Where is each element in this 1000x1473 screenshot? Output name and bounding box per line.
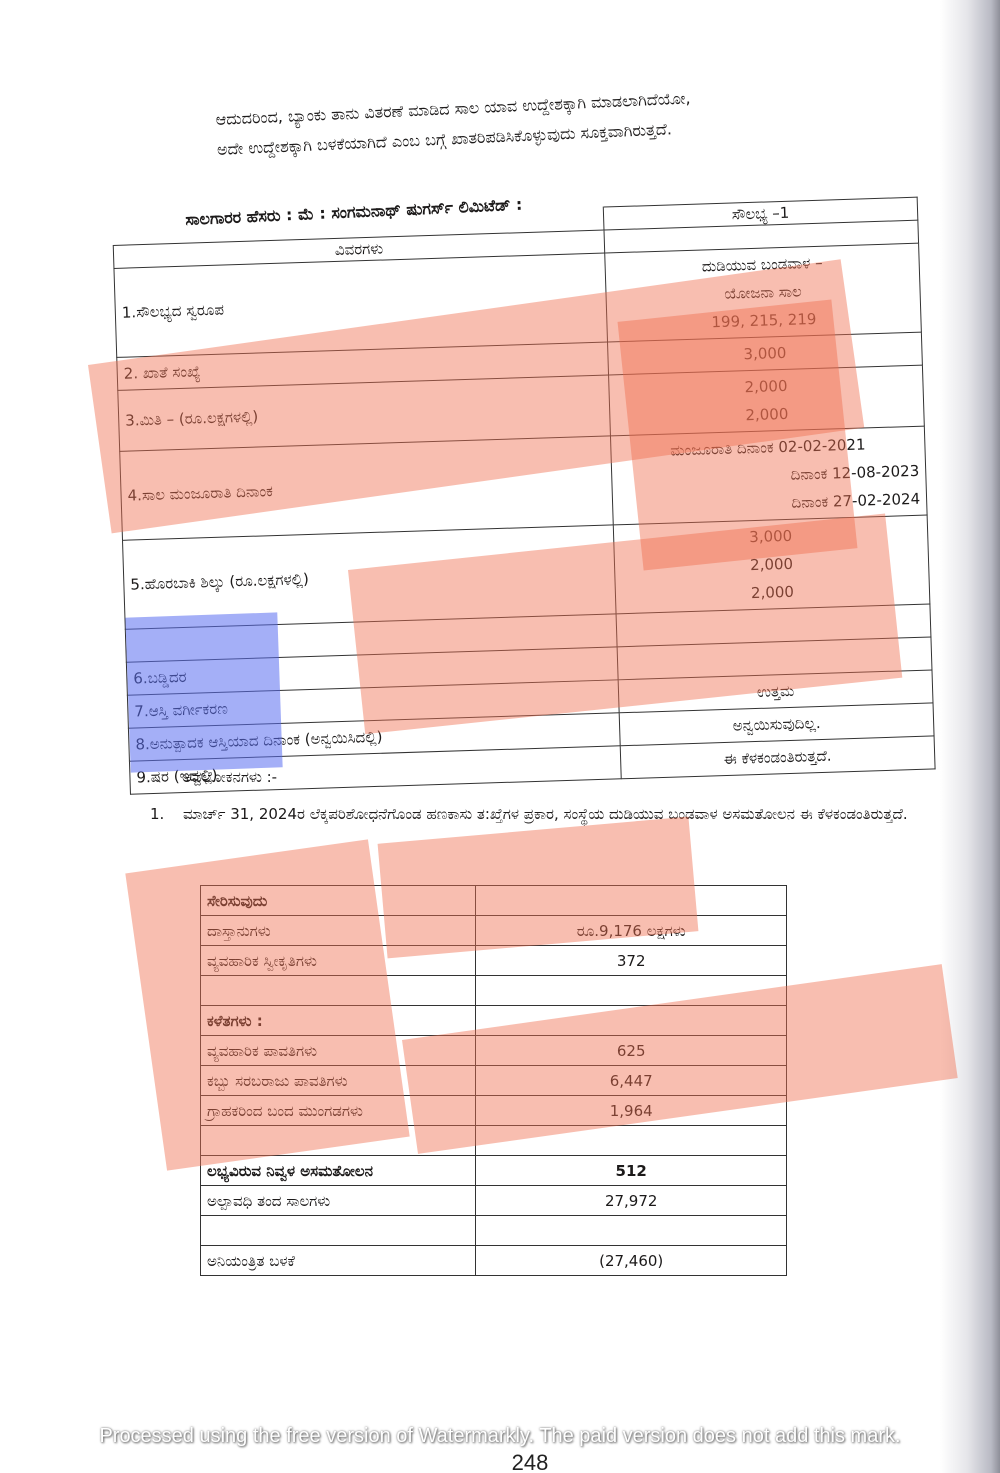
working-capital-row: ಕಳೆತಗಳು : — [201, 1006, 787, 1036]
working-capital-label: ವ್ಯವಹಾರಿಕ ಸ್ವೀಕೃತಿಗಳು — [201, 946, 476, 976]
facility-table: ಸೌಲಭ್ಯ –1 ವಿವರಗಳು 1.ಸೌಲಭ್ಯದ ಸ್ವರೂಪದುಡಿಯು… — [112, 197, 936, 795]
observations-title: ಅವಲೋಕನಗಳು :- — [182, 768, 277, 786]
working-capital-value — [476, 1006, 787, 1036]
working-capital-label: ಸೇರಿಸುವುದು — [201, 886, 476, 916]
working-capital-row: ಅಲ್ಪಾವಧಿ ತಂದ ಸಾಲಗಳು27,972 — [201, 1186, 787, 1216]
working-capital-row: ಗ್ರಾಹಕರಿಂದ ಬಂದ ಮುಂಗಡಗಳು1,964 — [201, 1096, 787, 1126]
working-capital-row: ಲಭ್ಯವಿರುವ ನಿವ್ವಳ ಅಸಮತೋಲನ512 — [201, 1156, 787, 1186]
working-capital-row — [201, 1126, 787, 1156]
working-capital-value — [476, 976, 787, 1006]
working-capital-label: ವ್ಯವಹಾರಿಕ ಪಾವತಿಗಳು — [201, 1036, 476, 1066]
working-capital-value: 512 — [476, 1156, 787, 1186]
working-capital-value: (27,460) — [476, 1246, 787, 1276]
page-number: 248 — [0, 1450, 1000, 1473]
facility-row-values: 3,0002,0002,000 — [613, 515, 930, 614]
working-capital-value: 372 — [476, 946, 787, 976]
observation-item-1: 1. ಮಾರ್ಚ್ 31, 2024ರ ಲೆಕ್ಕಪರಿಶೋಧನೆಗೊಂಡ ಹಣ… — [150, 798, 940, 830]
working-capital-value: 1,964 — [476, 1096, 787, 1126]
observation-number: 1. — [150, 798, 164, 830]
working-capital-value — [476, 1216, 787, 1246]
working-capital-row — [201, 1216, 787, 1246]
facility-row-values: 2,0002,000 — [609, 365, 925, 436]
working-capital-label: ದಾಸ್ತಾನುಗಳು — [201, 916, 476, 946]
working-capital-label: ಲಭ್ಯವಿರುವ ನಿವ್ವಳ ಅಸಮತೋಲನ — [201, 1156, 476, 1186]
working-capital-label — [201, 1126, 476, 1156]
watermark-text: Processed using the free version of Wate… — [0, 1425, 1000, 1448]
working-capital-label: ಗ್ರಾಹಕರಿಂದ ಬಂದ ಮುಂಗಡಗಳು — [201, 1096, 476, 1126]
working-capital-value: 625 — [476, 1036, 787, 1066]
working-capital-value — [476, 886, 787, 916]
facility-row-label: 5.ಹೊರಬಾಕಿ ಶಿಲ್ಕು (ರೂ.ಲಕ್ಷಗಳಲ್ಲಿ) — [123, 525, 617, 629]
working-capital-value: 6,447 — [476, 1066, 787, 1096]
facility-row-values: ಮಂಜೂರಾತಿ ದಿನಾಂಕ 02-02-2021ದಿನಾಂಕ 12-08-2… — [611, 426, 928, 525]
facility-row-values: ದುಡಿಯುವ ಬಂಡವಾಳ –ಯೋಜನಾ ಸಾಲ199, 215, 219 — [605, 243, 922, 342]
facility-row-label: 4.ಸಾಲ ಮಂಜೂರಾತಿ ದಿನಾಂಕ — [120, 436, 614, 540]
working-capital-row: ವ್ಯವಹಾರಿಕ ಸ್ವೀಕೃತಿಗಳು372 — [201, 946, 787, 976]
working-capital-value — [476, 1126, 787, 1156]
working-capital-row: ಸೇರಿಸುವುದು — [201, 886, 787, 916]
working-capital-value: ರೂ.9,176 ಲಕ್ಷಗಳು — [476, 916, 787, 946]
facility-value: ಈ ಕೆಳಕಂಡಂತಿರುತ್ತದೆ. — [627, 739, 929, 776]
working-capital-row — [201, 976, 787, 1006]
working-capital-label — [201, 1216, 476, 1246]
page-edge-shadow — [940, 0, 1000, 1473]
intro-paragraph: ಆದುದರಿಂದ, ಬ್ಯಾಂಕು ತಾನು ವಿತರಣೆ ಮಾಡಿದ ಸಾಲ … — [215, 72, 947, 165]
working-capital-row: ವ್ಯವಹಾರಿಕ ಪಾವತಿಗಳು625 — [201, 1036, 787, 1066]
working-capital-row: ದಾಸ್ತಾನುಗಳುರೂ.9,176 ಲಕ್ಷಗಳು — [201, 916, 787, 946]
working-capital-label: ಅನಿಯಂತ್ರಿತ ಬಳಕೆ — [201, 1246, 476, 1276]
facility-row-label: 1.ಸೌಲಭ್ಯದ ಸ್ವರೂಪ — [114, 253, 608, 357]
working-capital-row: ಕಬ್ಬು ಸರಬರಾಜು ಪಾವತಿಗಳು6,447 — [201, 1066, 787, 1096]
working-capital-label: ಕಬ್ಬು ಸರಬರಾಜು ಪಾವತಿಗಳು — [201, 1066, 476, 1096]
working-capital-value: 27,972 — [476, 1186, 787, 1216]
working-capital-row: ಅನಿಯಂತ್ರಿತ ಬಳಕೆ(27,460) — [201, 1246, 787, 1276]
working-capital-label: ಕಳೆತಗಳು : — [201, 1006, 476, 1036]
working-capital-label — [201, 976, 476, 1006]
working-capital-label: ಅಲ್ಪಾವಧಿ ತಂದ ಸಾಲಗಳು — [201, 1186, 476, 1216]
working-capital-table: ಸೇರಿಸುವುದುದಾಸ್ತಾನುಗಳುರೂ.9,176 ಲಕ್ಷಗಳುವ್ಯ… — [200, 885, 787, 1276]
observation-text: ಮಾರ್ಚ್ 31, 2024ರ ಲೆಕ್ಕಪರಿಶೋಧನೆಗೊಂಡ ಹಣಕಾಸ… — [183, 798, 940, 830]
facility-table-wrapper: ಸೌಲಭ್ಯ –1 ವಿವರಗಳು 1.ಸೌಲಭ್ಯದ ಸ್ವರೂಪದುಡಿಯು… — [112, 197, 936, 795]
